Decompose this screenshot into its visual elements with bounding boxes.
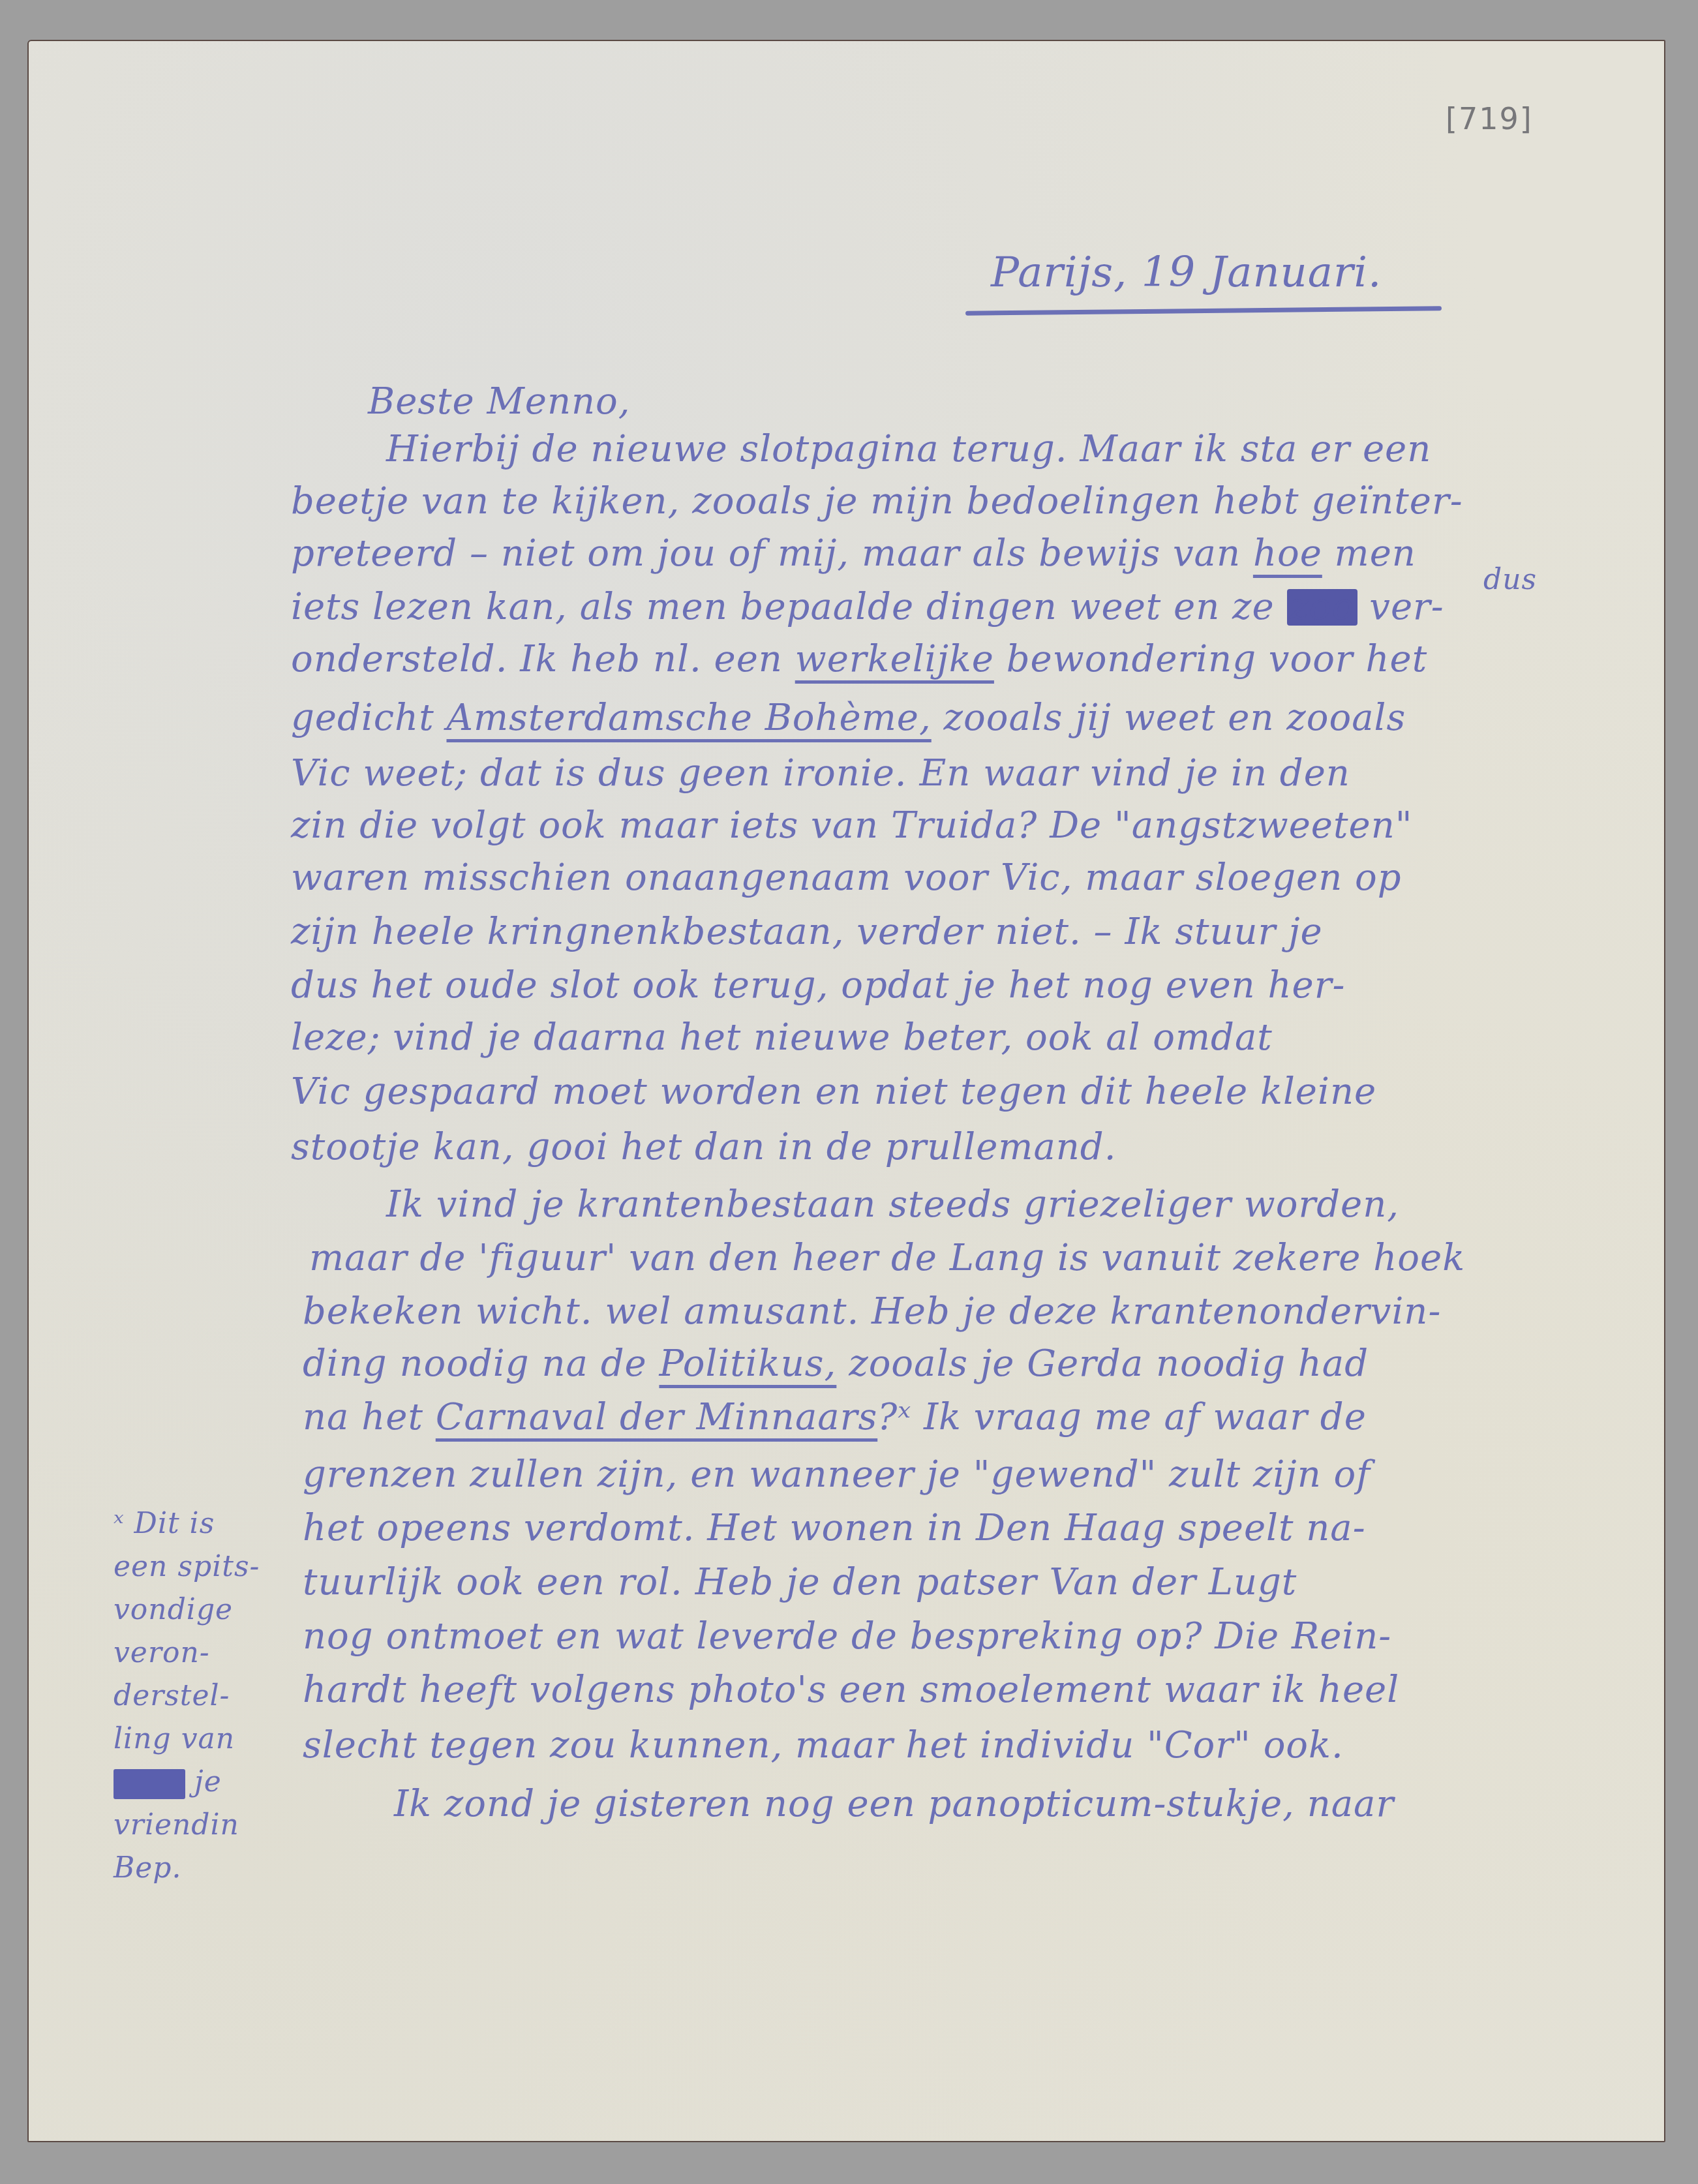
body-line-19-text-b: ?ˣ Ik vraag me af waar de bbox=[877, 1396, 1367, 1438]
body-line-3-text-a: preteerd – niet om jou of mij, maar als … bbox=[291, 532, 1253, 575]
margin-note-line-8: vriendin bbox=[114, 1804, 283, 1847]
body-line-1: Hierbij de nieuwe slotpagina terug. Maar… bbox=[386, 431, 1431, 468]
body-line-11: dus het oude slot ook terug, opdat je he… bbox=[291, 967, 1345, 1004]
body-line-19-text-a: na het bbox=[303, 1396, 436, 1438]
body-line-18-text-a: ding noodig na de bbox=[303, 1342, 659, 1385]
body-line-3-text-b: men bbox=[1322, 532, 1416, 575]
body-line-10: zijn heele kringnenkbestaan, verder niet… bbox=[291, 914, 1323, 950]
dateline: Parijs, 19 Januari. bbox=[991, 249, 1382, 297]
body-line-6-text-a: gedicht bbox=[291, 697, 446, 739]
body-line-5-text-b: bewondering voor het bbox=[994, 638, 1427, 680]
margin-struck-out-word bbox=[114, 1769, 185, 1799]
body-line-18-text-b: zooals je Gerda noodig had bbox=[836, 1342, 1369, 1385]
margin-note: ˣ Dit is een spits- vondige veron- derst… bbox=[114, 1502, 283, 1890]
margin-note-line-1: ˣ Dit is bbox=[114, 1502, 283, 1545]
letter-page: [719] Parijs, 19 Januari. Beste Menno, H… bbox=[27, 40, 1665, 2142]
body-line-2: beetje van te kijken, zooals je mijn bed… bbox=[291, 483, 1463, 520]
body-line-26: Ik zond je gisteren nog een panopticum-s… bbox=[394, 1786, 1394, 1823]
body-line-9: waren misschien onaangenaam voor Vic, ma… bbox=[291, 860, 1402, 896]
body-line-5: ondersteld. Ik heb nl. een werkelijke be… bbox=[291, 641, 1427, 678]
salutation: Beste Menno, bbox=[368, 380, 631, 423]
body-line-15: Ik vind je krantenbestaan steeds griezel… bbox=[386, 1187, 1399, 1223]
body-line-3: preteerd – niet om jou of mij, maar als … bbox=[291, 536, 1416, 572]
body-line-14: stootje kan, gooi het dan in de prullema… bbox=[291, 1129, 1116, 1166]
body-line-23: nog ontmoet en wat leverde de bespreking… bbox=[303, 1618, 1391, 1655]
body-line-7: Vic weet; dat is dus geen ironie. En waa… bbox=[291, 755, 1350, 792]
struck-out-word: zoo bbox=[1287, 589, 1357, 626]
body-line-8: zin die volgt ook maar iets van Truida? … bbox=[291, 808, 1412, 844]
margin-note-line-3: vondige bbox=[114, 1588, 283, 1631]
margin-note-line-6: ling van bbox=[114, 1718, 283, 1761]
margin-note-line-4: veron- bbox=[114, 1631, 283, 1675]
body-line-6-text-b: zooals jij weet en zooals bbox=[932, 697, 1406, 739]
body-line-6: gedicht Amsterdamsche Bohème, zooals jij… bbox=[291, 700, 1406, 736]
body-line-20: grenzen zullen zijn, en wanneer je "gewe… bbox=[303, 1457, 1371, 1493]
underlined-title-politikus: Politikus, bbox=[659, 1342, 836, 1385]
body-line-16: maar de 'figuur' van den heer de Lang is… bbox=[309, 1240, 1465, 1277]
margin-note-je: je bbox=[194, 1765, 222, 1798]
body-line-13: Vic gespaard moet worden en niet tegen d… bbox=[291, 1074, 1376, 1110]
body-line-17: bekeken wicht. wel amusant. Heb je deze … bbox=[303, 1294, 1441, 1330]
archive-number: [719] bbox=[1446, 101, 1533, 136]
margin-note-line-5: derstel- bbox=[114, 1675, 283, 1718]
body-line-4: iets lezen kan, als men bepaalde dingen … bbox=[291, 589, 1444, 626]
body-line-25: slecht tegen zou kunnen, maar het indivi… bbox=[303, 1727, 1344, 1764]
inserted-word-dus: dus bbox=[1483, 563, 1537, 596]
margin-note-line-9: Bep. bbox=[114, 1847, 283, 1890]
body-line-22: tuurlijk ook een rol. Heb je den patser … bbox=[303, 1564, 1297, 1601]
body-line-21: het opeens verdomt. Het wonen in Den Haa… bbox=[303, 1510, 1366, 1547]
body-line-4-text-a: iets lezen kan, als men bepaalde dingen … bbox=[291, 586, 1287, 628]
body-line-5-text-a: ondersteld. Ik heb nl. een bbox=[291, 638, 795, 680]
margin-note-line-7: je bbox=[114, 1761, 283, 1804]
body-line-19: na het Carnaval der Minnaars?ˣ Ik vraag … bbox=[303, 1399, 1367, 1436]
body-line-24: hardt heeft volgens photo's een smoeleme… bbox=[303, 1672, 1399, 1708]
dateline-underline bbox=[965, 306, 1442, 316]
underlined-word-werkelijke: werkelijke bbox=[795, 638, 994, 680]
underlined-title-amsterdamsche-boheme: Amsterdamsche Bohème, bbox=[446, 697, 931, 739]
underlined-title-carnaval-der-minnaars: Carnaval der Minnaars bbox=[436, 1396, 877, 1438]
margin-note-line-2: een spits- bbox=[114, 1545, 283, 1588]
body-line-18: ding noodig na de Politikus, zooals je G… bbox=[303, 1346, 1369, 1382]
body-line-12: leze; vind je daarna het nieuwe beter, o… bbox=[291, 1020, 1273, 1056]
body-line-4-text-b: ver- bbox=[1357, 586, 1444, 628]
underlined-word-hoe: hoe bbox=[1253, 532, 1322, 575]
